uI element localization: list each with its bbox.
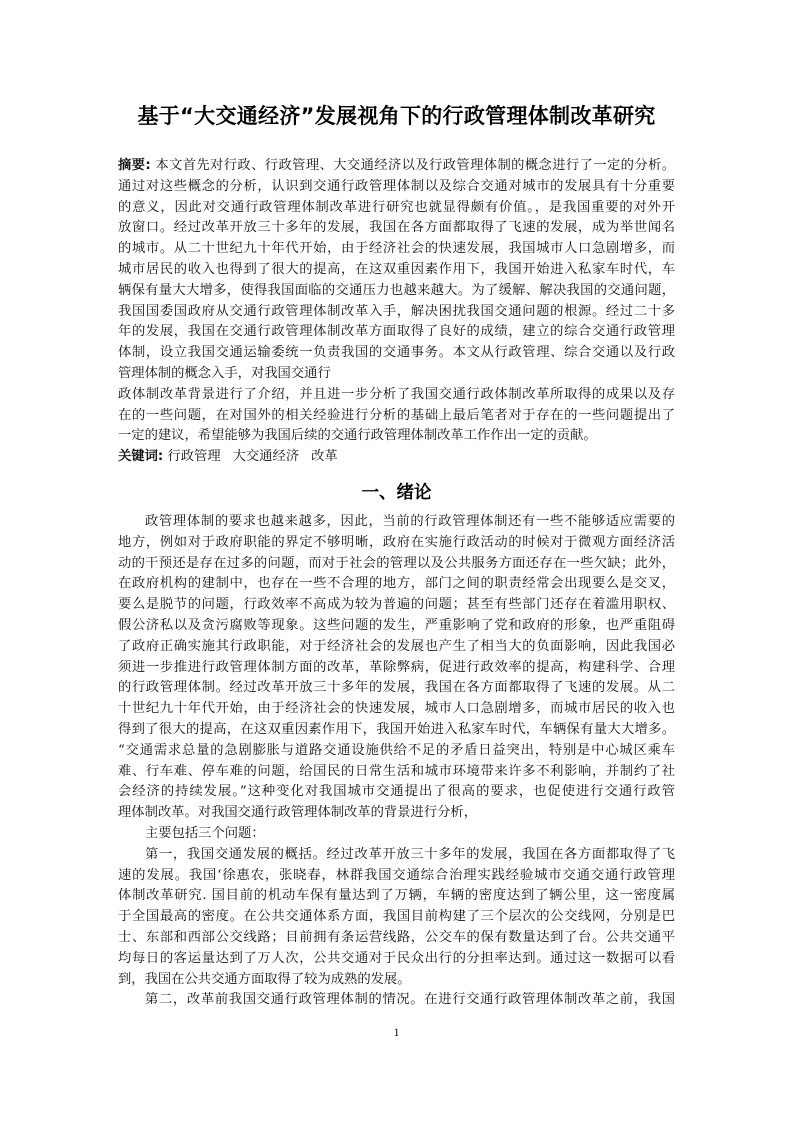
abstract-line: 的意义，因此对交通行政管理体制改革进行研究也就显得颇有价值。，是我国重要的对外开 (118, 198, 675, 219)
body-line: 政管理体制的要求也越来越多，因此，当前的行政管理体制还有一些不能够适应需要的 (118, 512, 675, 533)
abstract-label: 摘要: (118, 158, 151, 173)
abstract-line: 一定的建议，希望能够为我国后续的交通行政管理体制改革工作作出一定的贡献。 (118, 426, 675, 447)
body-line: 均每日的客运量达到了万人次，公共交通对于民众出行的分担率达到。通过这一数据可以看 (118, 949, 675, 970)
body-line: 得到了很大的提高，在这双重因素作用下，我国开始进入私家车时代，车辆保有量大大增多… (118, 720, 675, 741)
document-page: 基于“大交通经济”发展视角下的行政管理体制改革研究 摘要: 本文首先对行政、行政… (0, 0, 793, 1122)
body-line: 在政府机构的建制中，也存在一些不合理的地方，部门之间的职责经常会出现要么是交叉， (118, 574, 675, 595)
abstract-line: 辆保有量大大增多，使得我国面临的交通压力也越来越大。为了缓解、解决我国的交通问题… (118, 281, 675, 302)
body-line: 的行政管理体制。经过改革开放三十多年的发展，我国在各方面都取得了飞速的发展。从二 (118, 678, 675, 699)
body-line: 了政府正确实施其行政职能，对于经济社会的发展也产生了相当大的负面影响，因此我国必 (118, 637, 675, 658)
body-line: 理体制改革。对我国交通行政管理体制改革的背景进行分析， (118, 803, 675, 824)
abstract-line: 的城市。从二十世纪九十年代开始，由于经济社会的快速发展，我国城市人口急剧增多，而 (118, 239, 675, 260)
abstract-line: 通过对这些概念的分析，认识到交通行政管理体制以及综合交通对城市的发展具有十分重要 (118, 177, 675, 198)
abstract-section: 摘要: 本文首先对行政、行政管理、大交通经济以及行政管理体制的概念进行了一定的分… (118, 156, 675, 468)
body-line: 主要包括三个问题： (118, 824, 675, 845)
body-line: 须进一步推进行政管理体制方面的改革，革除弊病，促进行政效率的提高，构建科学、合理 (118, 658, 675, 679)
body-line: “交通需求总量的急剧膨胀与道路交通设施供给不足的矛盾日益突出，特别是中心城区乘车 (118, 741, 675, 762)
body-line: 动的干预还是存在过多的问题，而对于社会的管理以及公共服务方面还存在一些欠缺；此外… (118, 554, 675, 575)
keywords-label: 关键词: (118, 449, 163, 464)
abstract-line: 城市居民的收入也得到了很大的提高，在这双重因素作用下，我国开始进入私家车时代，车 (118, 260, 675, 281)
abstract-line: 体制，设立我国交通运输委统一负责我国的交通事务。本文从行政管理、综合交通以及行政 (118, 343, 675, 364)
section-heading: 一、绪论 (118, 479, 675, 507)
body-line: 体制改革研究. 国目前的机动车保有量达到了万辆，车辆的密度达到了辆公里，这一密度… (118, 886, 675, 907)
body-line: 速的发展。我国‘徐惠农，张晓春，林群我国交通综合治理实践经验城市交通交通行政管理 (118, 866, 675, 887)
abstract-line: 管理体制的概念入手，对我国交通行 (118, 364, 675, 385)
abstract-line: 放窗口。经过改革开放三十多年的发展，我国在各方面都取得了飞速的发展，成为举世闻名 (118, 218, 675, 239)
body-line: 士、东部和西部公交线路；目前拥有条运营线路，公交车的保有数量达到了台。公共交通平 (118, 928, 675, 949)
keyword: 大交通经济 (233, 449, 299, 464)
body-line: 会经济的持续发展。”这种变化对我国城市交通提出了很高的要求，也促使进行交通行政管 (118, 782, 675, 803)
abstract-line: 在的一些问题，在对国外的相关经验进行分析的基础上最后笔者对于存在的一些问题提出了 (118, 406, 675, 427)
keyword: 改革 (311, 449, 338, 464)
body-line: 第一，我国交通发展的概括。经过改革开放三十多年的发展，我国在各方面都取得了飞 (118, 845, 675, 866)
body-line: 十世纪九十年代开始，由于经济社会的快速发展，城市人口急剧增多，而城市居民的收入也 (118, 699, 675, 720)
body-line: 于全国最高的密度。在公共交通体系方面，我国目前构建了三个层次的公交线网，分别是巴 (118, 907, 675, 928)
abstract-text: 本文首先对行政、行政管理、大交通经济以及行政管理体制的概念进行了一定的分析。 (151, 158, 675, 173)
abstract-line: 年的发展，我国在交通行政管理体制改革方面取得了良好的成绩，建立的综合交通行政管理 (118, 322, 675, 343)
main-body: 政管理体制的要求也越来越多，因此，当前的行政管理体制还有一些不能够适应需要的地方… (118, 512, 675, 1011)
body-line: 假公济私以及贪污腐败等现象。这些问题的发生，严重影响了党和政府的形象，也严重阻碍 (118, 616, 675, 637)
body-line: 第二，改革前我国交通行政管理体制的情况。在进行交通行政管理体制改革之前，我国 (118, 990, 675, 1011)
body-line: 到，我国在公共交通方面取得了较为成熟的发展。 (118, 970, 675, 991)
keywords-line: 关键词: 行政管理大交通经济改革 (118, 447, 675, 468)
abstract-line: 摘要: 本文首先对行政、行政管理、大交通经济以及行政管理体制的概念进行了一定的分… (118, 156, 675, 177)
body-line: 地方，例如对于政府职能的界定不够明晰，政府在实施行政活动的时候对于微观方面经济活 (118, 533, 675, 554)
abstract-line: 政体制改革背景进行了介绍，并且进一步分析了我国交通行政体制改革所取得的成果以及存 (118, 385, 675, 406)
page-number: 1 (0, 1024, 793, 1040)
abstract-line: 我国国委国政府从交通行政管理体制改革入手，解决困扰我国交通问题的根源。经过二十多 (118, 302, 675, 323)
body-line: 要么是脱节的问题，行政效率不高成为较为普遍的问题；甚至有些部门还存在着滥用职权、 (118, 595, 675, 616)
keyword: 行政管理 (167, 449, 220, 464)
document-title: 基于“大交通经济”发展视角下的行政管理体制改革研究 (100, 100, 693, 132)
body-line: 难、行车难、停车难的问题，给国民的日常生活和城市环境带来许多不利影响，并制约了社 (118, 762, 675, 783)
